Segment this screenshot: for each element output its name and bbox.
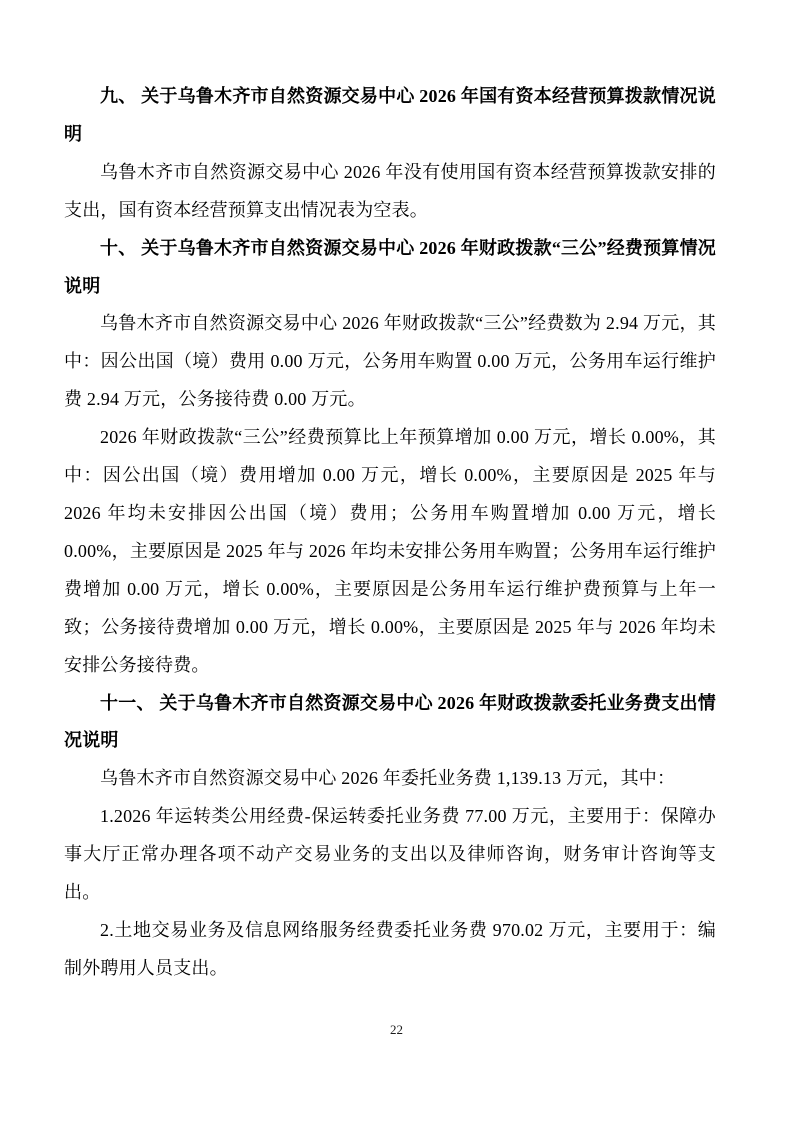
section-11-heading: 十一、 关于乌鲁木齐市自然资源交易中心 2026 年财政拨款委托业务费支出情况说… <box>64 685 716 761</box>
section-10-paragraph-1: 乌鲁木齐市自然资源交易中心 2026 年财政拨款“三公”经费数为 2.94 万元… <box>64 305 716 419</box>
section-10-heading: 十、 关于乌鲁木齐市自然资源交易中心 2026 年财政拨款“三公”经费预算情况说… <box>64 230 716 306</box>
section-11-paragraph-3: 2.土地交易业务及信息网络服务经费委托业务费 970.02 万元，主要用于：编制… <box>64 912 716 988</box>
section-11-paragraph-2: 1.2026 年运转类公用经费-保运转委托业务费 77.00 万元，主要用于：保… <box>64 798 716 912</box>
page-number: 22 <box>0 1022 793 1038</box>
section-9-paragraph-1: 乌鲁木齐市自然资源交易中心 2026 年没有使用国有资本经营预算拨款安排的支出，… <box>64 154 716 230</box>
section-9-heading: 九、 关于乌鲁木齐市自然资源交易中心 2026 年国有资本经营预算拨款情况说明 <box>64 78 716 154</box>
section-10-paragraph-2: 2026 年财政拨款“三公”经费预算比上年预算增加 0.00 万元，增长 0.0… <box>64 419 716 684</box>
document-content: 九、 关于乌鲁木齐市自然资源交易中心 2026 年国有资本经营预算拨款情况说明 … <box>64 78 716 988</box>
section-11-paragraph-1: 乌鲁木齐市自然资源交易中心 2026 年委托业务费 1,139.13 万元，其中… <box>64 760 716 798</box>
document-page: 九、 关于乌鲁木齐市自然资源交易中心 2026 年国有资本经营预算拨款情况说明 … <box>0 0 793 1122</box>
